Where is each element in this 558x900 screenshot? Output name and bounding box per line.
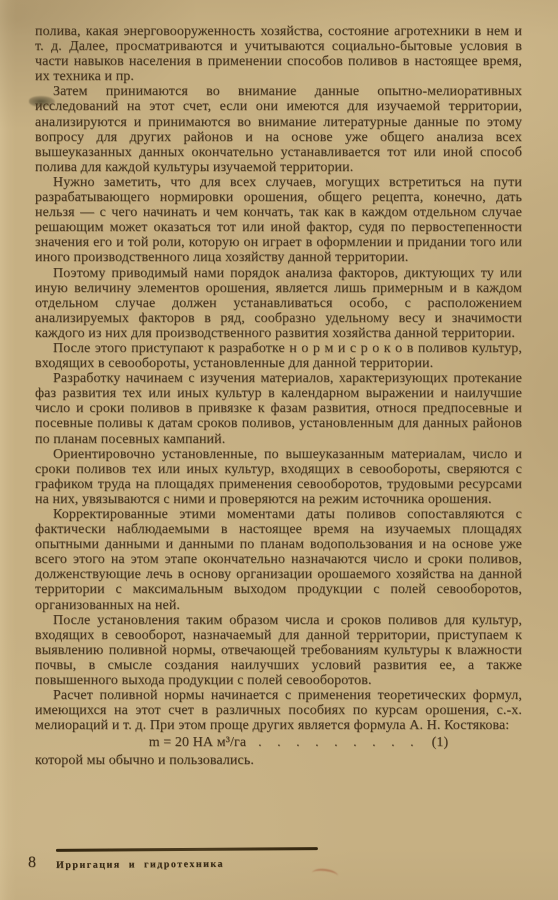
body-paragraph: которой мы обычно и пользовались. [35, 753, 522, 768]
formula-line: m = 20 НА м³/га . . . . . . . . . (1) [75, 735, 522, 750]
formula-dot-leaders: . . . . . . . . . [258, 735, 420, 750]
body-paragraph: полива, какая энерговооруженность хозяйс… [35, 24, 522, 84]
page-text-block: полива, какая энерговооруженность хозяйс… [35, 24, 522, 768]
body-paragraph: После установления таким образом числа и… [35, 613, 522, 688]
signature-rule [56, 847, 318, 852]
signature-block: Ирригация и гидротехника [56, 847, 318, 873]
body-paragraph: Затем принимаются во внимание данные опы… [35, 84, 522, 175]
formula-expression: m = 20 НА м³/га [149, 735, 246, 750]
page-footer: 8 Ирригация и гидротехника [28, 848, 318, 872]
body-paragraph: Поэтому приводимый нами порядок анализа … [35, 266, 522, 341]
body-paragraph: Ориентировочно установленные, по вышеука… [35, 447, 522, 507]
scanned-book-page: полива, какая энерговооруженность хозяйс… [0, 0, 558, 900]
signature-text: Ирригация и гидротехника [56, 859, 224, 871]
page-number: 8 [28, 854, 36, 872]
pen-mark [311, 867, 338, 881]
body-paragraph: Нужно заметить, что для всех случаев, мо… [35, 175, 522, 266]
formula-equation-number: (1) [432, 735, 449, 750]
body-paragraph: После этого приступают к разработке н о … [35, 341, 522, 371]
body-paragraph: Расчет поливной нормы начинается с приме… [35, 688, 522, 733]
body-paragraph: Корректированные этими моментами даты по… [35, 507, 522, 613]
body-paragraph: Разработку начинаем с изучения материало… [35, 371, 522, 446]
